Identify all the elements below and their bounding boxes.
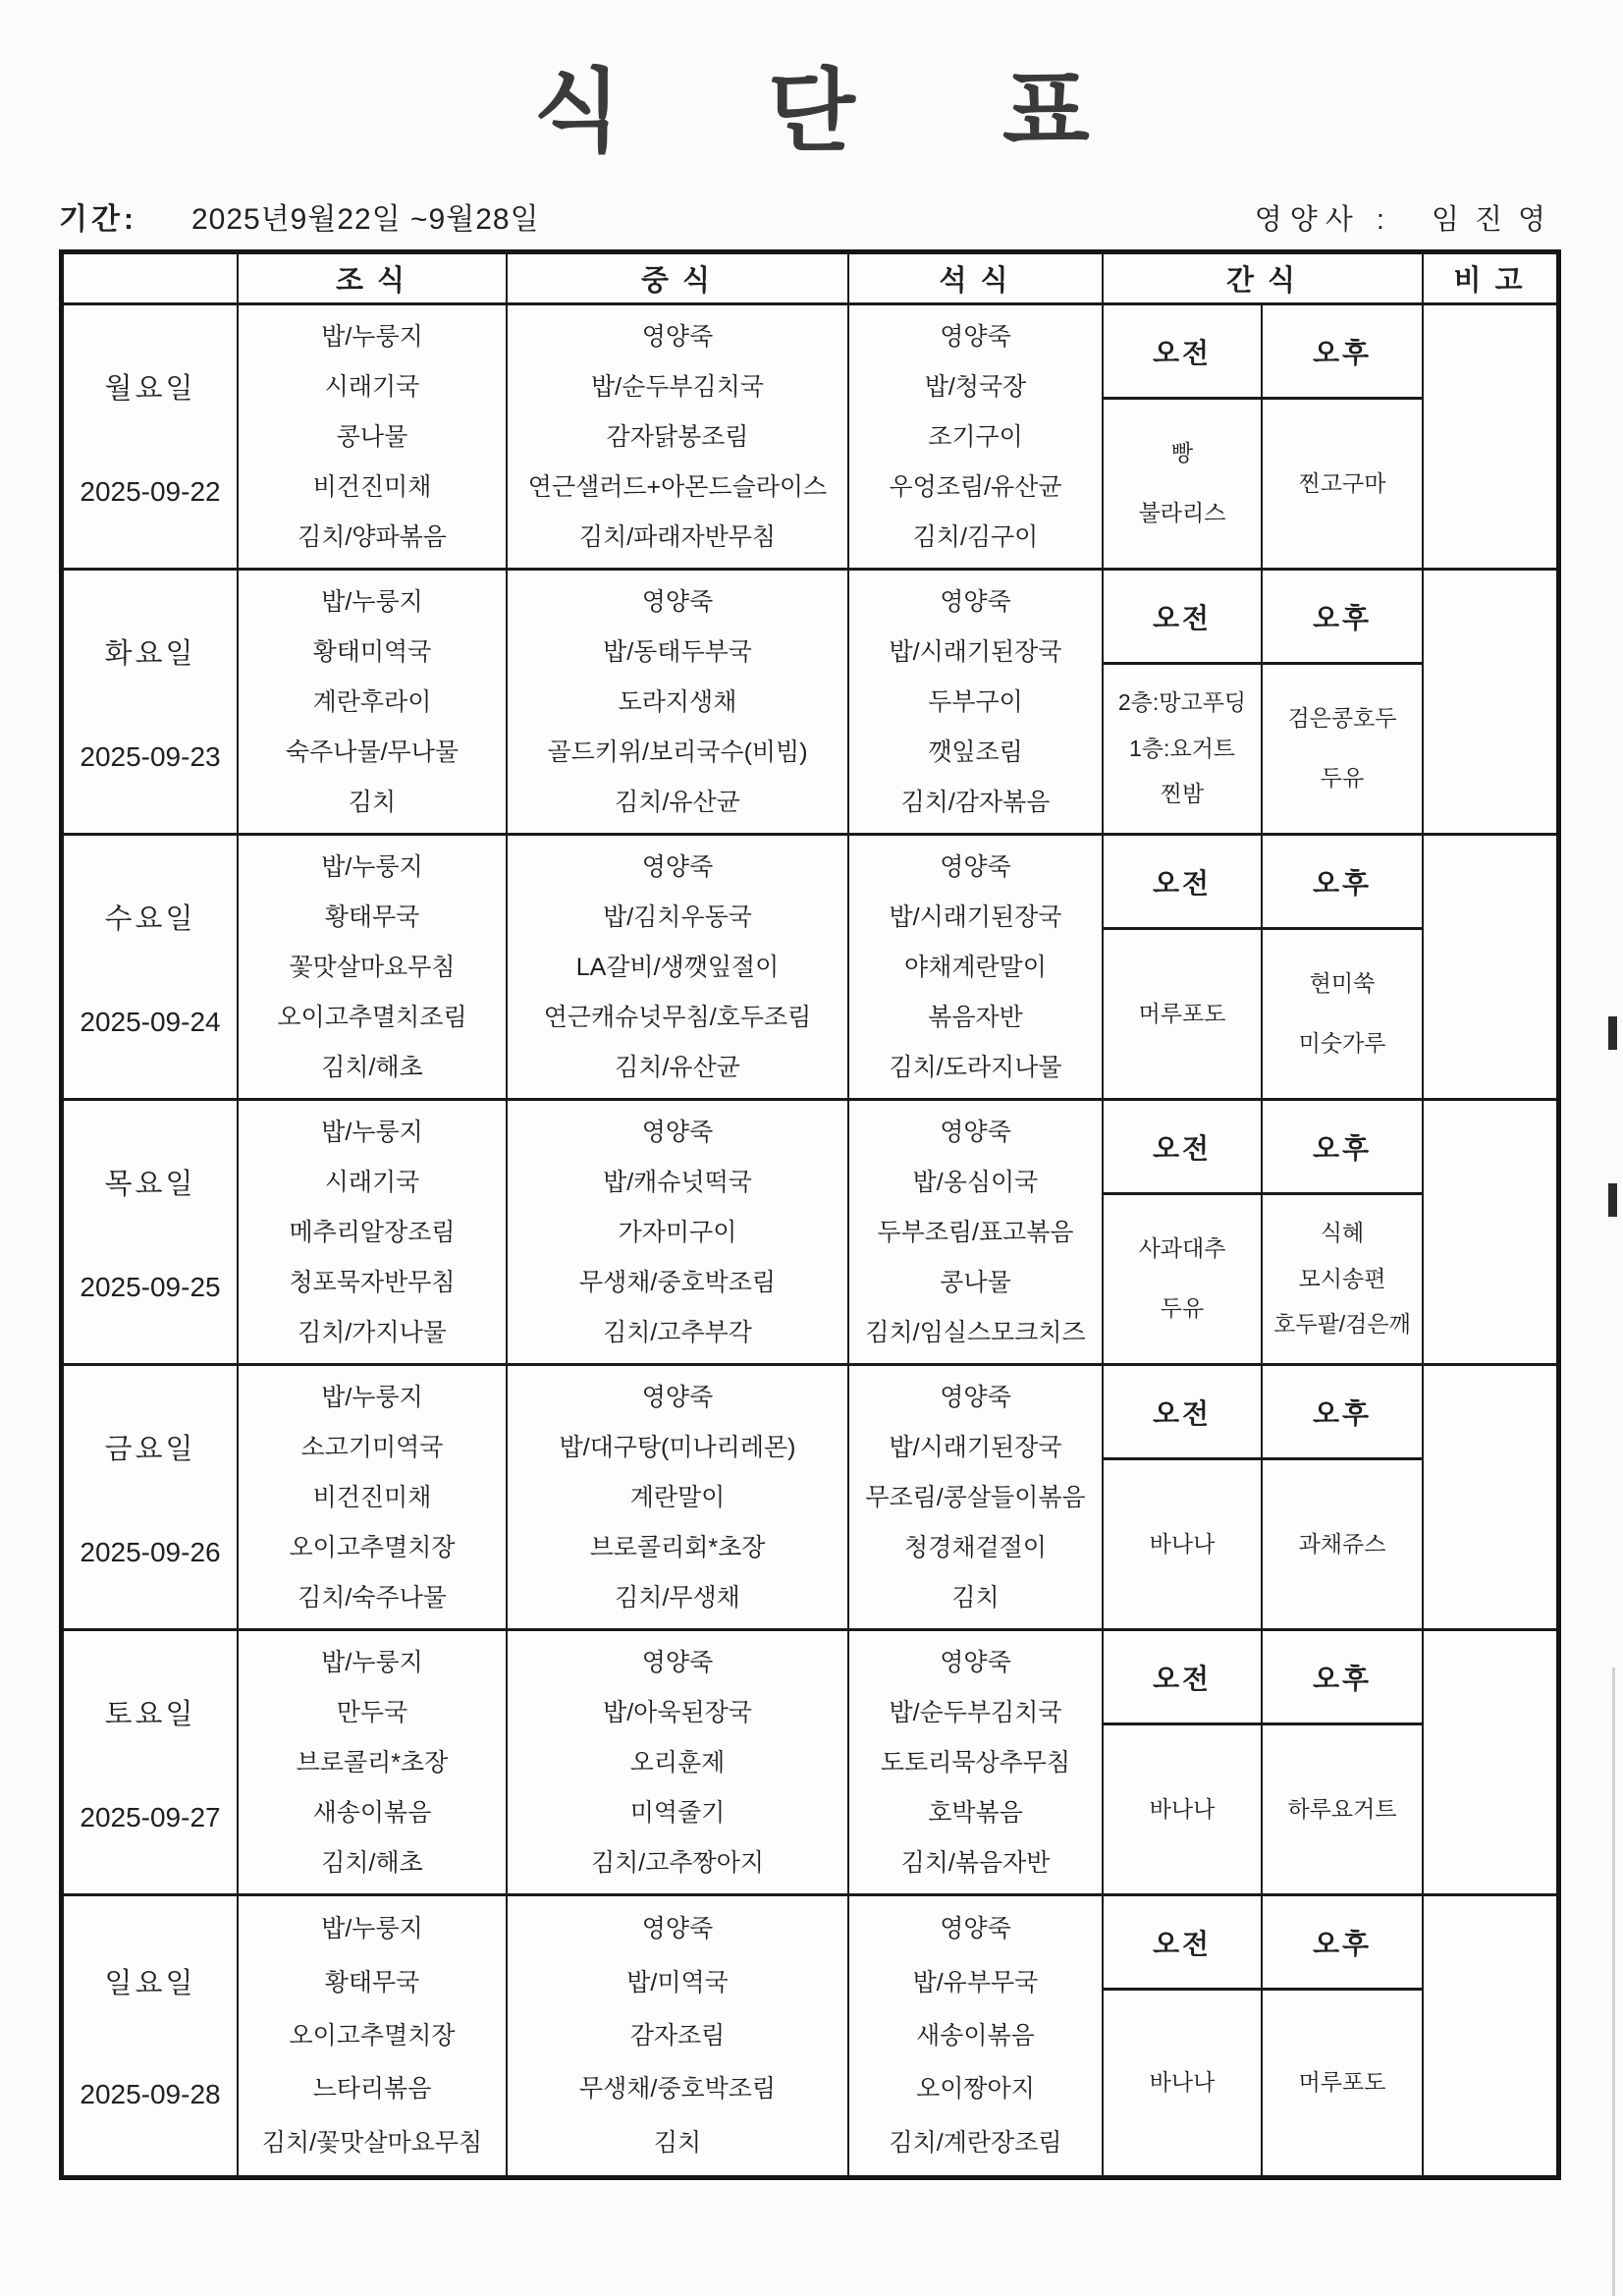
menu-line: 미숫가루 [1299, 1031, 1386, 1057]
menu-line: 검은콩호두 [1287, 706, 1396, 732]
menu-line: 바나나 [1150, 2070, 1216, 2096]
menu-line: 영양죽 [642, 588, 713, 616]
menu-line: 황태미역국 [313, 638, 432, 666]
menu-line: 밥/유부무국 [913, 1969, 1039, 1996]
remarks-cell [1424, 1631, 1556, 1896]
menu-line: 김치/고추짱아지 [591, 1849, 764, 1877]
menu-line: 밥/시래기된장국 [890, 638, 1062, 666]
snack-am-cell: 오전 바나나 [1104, 1366, 1263, 1631]
menu-line: 계란말이 [630, 1484, 726, 1511]
breakfast-cell: 밥/누룽지황태무국오이고추멸치장느타리볶음김치/꽃맛살마요무침 [239, 1896, 508, 2175]
menu-line: 바나나 [1150, 1532, 1216, 1558]
remarks-cell [1424, 836, 1556, 1101]
menu-line: 도라지생채 [619, 688, 737, 716]
snack-pm-cell: 오후 현미쑥미숫가루 [1263, 836, 1424, 1101]
breakfast-cell: 밥/누룽지황태미역국계란후라이숙주나물/무나물김치 [239, 571, 508, 836]
day-date: 2025-09-25 [80, 1272, 220, 1303]
snack-am-cell: 오전 바나나 [1104, 1896, 1263, 2175]
menu-line: 밥/누룽지 [321, 588, 423, 616]
remarks-cell [1424, 305, 1556, 571]
day-cell-friday: 금요일 2025-09-26 [64, 1366, 239, 1631]
menu-line: 1층:요거트 [1129, 737, 1235, 762]
snack-am-items: 2층:망고푸딩1층:요거트찐밤 [1104, 665, 1261, 833]
header-remarks: 비고 [1424, 254, 1556, 305]
menu-line: 빵 [1171, 441, 1193, 466]
dinner-cell: 영양죽밥/청국장조기구이우엉조림/유산균김치/김구이 [849, 305, 1104, 571]
snack-pm-items: 찐고구마 [1263, 400, 1422, 568]
menu-line: 황태무국 [325, 903, 420, 931]
day-date: 2025-09-23 [80, 741, 220, 773]
lunch-cell: 영양죽밥/김치우동국LA갈비/생깻잎절이연근캐슈넛무침/호두조림김치/유산균 [508, 836, 849, 1101]
menu-line: 청경채겉절이 [904, 1534, 1047, 1561]
menu-line: 두유 [1321, 766, 1364, 792]
snack-am-items: 바나나 [1104, 1460, 1261, 1628]
menu-line: 우엉조림/유산균 [890, 473, 1062, 501]
menu-line: 영양죽 [940, 1649, 1010, 1676]
menu-line: 밥/시래기된장국 [890, 1434, 1062, 1461]
lunch-cell: 영양죽밥/아욱된장국오리훈제미역줄기김치/고추짱아지 [508, 1631, 849, 1896]
menu-line: 식혜 [1321, 1221, 1364, 1246]
day-cell-monday: 월요일 2025-09-22 [64, 305, 239, 571]
day-name: 화요일 [104, 631, 195, 672]
snack-pm-items: 머루포도 [1263, 1991, 1422, 2175]
menu-line: 밥/누룽지 [321, 323, 423, 351]
remarks-cell [1424, 1101, 1556, 1366]
breakfast-cell: 밥/누룽지시래기국콩나물비건진미채김치/양파볶음 [239, 305, 508, 571]
menu-line: 김치/유산균 [615, 1054, 740, 1081]
menu-line: 김치 [654, 2129, 701, 2157]
day-date: 2025-09-24 [80, 1007, 220, 1038]
snack-pm-header: 오후 [1263, 1101, 1422, 1195]
lunch-cell: 영양죽밥/캐슈넛떡국가자미구이무생채/중호박조림김치/고추부각 [508, 1101, 849, 1366]
snack-pm-cell: 오후 식혜모시송편호두팥/검은깨 [1263, 1101, 1424, 1366]
menu-line: 두유 [1161, 1296, 1204, 1322]
menu-line: 김치/해초 [321, 1849, 423, 1877]
snack-am-items: 바나나 [1104, 1725, 1261, 1893]
snack-pm-items: 하루요거트 [1263, 1725, 1422, 1893]
menu-line: 김치/꽃맛살마요무침 [262, 2129, 482, 2157]
day-name: 월요일 [104, 366, 195, 407]
menu-line: 영양죽 [642, 853, 713, 881]
menu-line: 김치/해초 [321, 1054, 423, 1081]
menu-line: 밥/누룽지 [321, 1384, 423, 1411]
period-value: 2025년9월22일 ~9월28일 [191, 194, 540, 238]
menu-line: 메추리알장조림 [289, 1219, 455, 1246]
menu-line: LA갈비/생깻잎절이 [576, 954, 780, 981]
menu-line: 밥/누룽지 [321, 1649, 423, 1676]
snack-pm-items: 과채쥬스 [1263, 1460, 1422, 1628]
menu-line: 콩나물 [337, 423, 407, 451]
menu-line: 시래기국 [325, 373, 420, 401]
menu-line: 계란후라이 [313, 688, 432, 716]
snack-am-items: 머루포도 [1104, 930, 1261, 1098]
menu-line: 모시송편 [1299, 1267, 1386, 1292]
menu-line: 무생채/중호박조림 [579, 2075, 776, 2103]
day-date: 2025-09-26 [80, 1537, 220, 1568]
menu-line: 연근샐러드+아몬드슬라이스 [528, 473, 827, 501]
menu-line: 밥/시래기된장국 [890, 903, 1062, 931]
menu-line: 오이짱아지 [916, 2075, 1035, 2103]
header-day-blank [64, 254, 239, 305]
menu-line: 밥/김치우동국 [603, 903, 752, 931]
menu-line: 새송이볶음 [313, 1799, 432, 1827]
snack-am-cell: 오전 사과대추두유 [1104, 1101, 1263, 1366]
day-date: 2025-09-27 [80, 1802, 220, 1833]
menu-line: 김치/양파볶음 [298, 523, 447, 551]
snack-pm-cell: 오후 과채쥬스 [1263, 1366, 1424, 1631]
menu-line: 김치/파래자반무침 [579, 523, 776, 551]
day-name: 토요일 [104, 1692, 195, 1732]
menu-line: 감자닭봉조림 [607, 423, 749, 451]
snack-am-items: 빵불라리스 [1104, 400, 1261, 568]
header-lunch: 중식 [508, 254, 849, 305]
menu-line: 밥/청국장 [925, 373, 1027, 401]
snack-pm-header: 오후 [1263, 1631, 1422, 1725]
menu-line: 밥/미역국 [626, 1969, 729, 1996]
snack-pm-items: 현미쑥미숫가루 [1263, 930, 1422, 1098]
snack-pm-header: 오후 [1263, 571, 1422, 665]
snack-pm-items: 식혜모시송편호두팥/검은깨 [1263, 1195, 1422, 1363]
snack-pm-header: 오후 [1263, 1896, 1422, 1991]
remarks-cell [1424, 1366, 1556, 1631]
snack-pm-header: 오후 [1263, 1366, 1422, 1460]
dinner-cell: 영양죽밥/시래기된장국야채계란말이볶음자반김치/도라지나물 [849, 836, 1104, 1101]
snack-am-header: 오전 [1104, 305, 1261, 400]
day-cell-sunday: 일요일 2025-09-28 [64, 1896, 239, 2175]
snack-am-cell: 오전 2층:망고푸딩1층:요거트찐밤 [1104, 571, 1263, 836]
menu-line: 무조림/콩살들이볶음 [865, 1484, 1085, 1511]
snack-am-items: 사과대추두유 [1104, 1195, 1261, 1363]
menu-line: 김치 [951, 1584, 999, 1612]
menu-line: 김치/계란장조림 [890, 2129, 1062, 2157]
menu-line: 브로콜리*초장 [297, 1749, 449, 1777]
menu-line: 찐고구마 [1299, 471, 1386, 497]
snack-am-header: 오전 [1104, 1366, 1261, 1460]
snack-am-header: 오전 [1104, 571, 1261, 665]
snack-am-header: 오전 [1104, 1631, 1261, 1725]
snack-pm-header: 오후 [1263, 305, 1422, 400]
menu-line: 골드키위/보리국수(비빔) [547, 738, 807, 766]
snack-pm-header: 오후 [1263, 836, 1422, 930]
snack-pm-cell: 오후 하루요거트 [1263, 1631, 1424, 1896]
menu-line: 두부조림/표고볶음 [877, 1219, 1073, 1246]
page-title: 식단표 [0, 39, 1623, 169]
scan-artifact-mark [1608, 1016, 1617, 1050]
snack-pm-items: 검은콩호두두유 [1263, 665, 1422, 833]
menu-line: 영양죽 [642, 323, 713, 351]
header-breakfast: 조식 [239, 254, 508, 305]
menu-line: 황태무국 [325, 1969, 420, 1996]
menu-line: 김치/김구이 [913, 523, 1039, 551]
snack-am-header: 오전 [1104, 836, 1261, 930]
menu-line: 오이고추멸치장 [289, 2022, 455, 2050]
menu-line: 머루포도 [1139, 1002, 1226, 1027]
dietitian-label: 영양사 : [1255, 197, 1392, 238]
menu-line: 영양죽 [940, 588, 1010, 616]
menu-line: 청포묵자반무침 [289, 1269, 455, 1296]
menu-line: 오이고추멸치조림 [277, 1004, 466, 1031]
menu-line: 영양죽 [940, 853, 1010, 881]
menu-line: 영양죽 [940, 323, 1010, 351]
menu-line: 도토리묵상추무침 [881, 1749, 1070, 1777]
menu-line: 하루요거트 [1287, 1797, 1396, 1823]
snack-am-header: 오전 [1104, 1101, 1261, 1195]
menu-line: 꽃맛살마요무침 [289, 954, 455, 981]
header-dinner: 석식 [849, 254, 1104, 305]
menu-line: 김치/가지나물 [298, 1319, 447, 1346]
snack-am-header: 오전 [1104, 1896, 1261, 1991]
menu-line: 머루포도 [1299, 2070, 1386, 2096]
scan-artifact-mark [1608, 1183, 1617, 1217]
menu-line: 밥/대구탕(미나리레몬) [560, 1434, 796, 1461]
menu-line: 콩나물 [940, 1269, 1010, 1296]
menu-line: 밥/옹심이국 [913, 1169, 1039, 1196]
menu-line: 불라리스 [1139, 501, 1226, 526]
menu-line: 김치 [349, 789, 396, 816]
menu-line: 밥/캐슈넛떡국 [603, 1169, 752, 1196]
dinner-cell: 영양죽밥/옹심이국두부조림/표고볶음콩나물김치/임실스모크치즈 [849, 1101, 1104, 1366]
menu-line: 오리훈제 [630, 1749, 726, 1777]
menu-line: 김치/볶음자반 [901, 1849, 1051, 1877]
menu-line: 김치/임실스모크치즈 [865, 1319, 1085, 1346]
menu-line: 밥/누룽지 [321, 1915, 423, 1942]
snack-pm-cell: 오후 찐고구마 [1263, 305, 1424, 571]
day-cell-saturday: 토요일 2025-09-27 [64, 1631, 239, 1896]
menu-line: 밥/누룽지 [321, 1119, 423, 1146]
menu-line: 찐밤 [1161, 782, 1204, 807]
day-cell-tuesday: 화요일 2025-09-23 [64, 571, 239, 836]
menu-line: 현미쑥 [1310, 971, 1376, 997]
menu-line: 김치/무생채 [615, 1584, 740, 1612]
day-cell-wednesday: 수요일 2025-09-24 [64, 836, 239, 1101]
menu-line: 영양죽 [940, 1119, 1010, 1146]
menu-line: 느타리볶음 [313, 2075, 432, 2103]
menu-line: 김치/유산균 [615, 789, 740, 816]
menu-line: 영양죽 [642, 1649, 713, 1676]
header-snack: 간식 [1104, 254, 1424, 305]
dinner-cell: 영양죽밥/시래기된장국무조림/콩살들이볶음청경채겉절이김치 [849, 1366, 1104, 1631]
breakfast-cell: 밥/누룽지소고기미역국비건진미채오이고추멸치장김치/숙주나물 [239, 1366, 508, 1631]
menu-line: 두부구이 [928, 688, 1023, 716]
period: 기간: 2025년9월22일 ~9월28일 [59, 194, 540, 238]
scan-artifact-line [1612, 1667, 1615, 2296]
day-date: 2025-09-22 [80, 476, 220, 508]
menu-line: 밥/누룽지 [321, 853, 423, 881]
menu-line: 밥/순두부김치국 [890, 1699, 1062, 1726]
menu-line: 미역줄기 [630, 1799, 726, 1827]
snack-am-items: 바나나 [1104, 1991, 1261, 2175]
snack-am-cell: 오전 빵불라리스 [1104, 305, 1263, 571]
lunch-cell: 영양죽밥/대구탕(미나리레몬)계란말이브로콜리회*초장김치/무생채 [508, 1366, 849, 1631]
day-cell-thursday: 목요일 2025-09-25 [64, 1101, 239, 1366]
menu-line: 영양죽 [642, 1384, 713, 1411]
menu-line: 영양죽 [940, 1384, 1010, 1411]
menu-line: 브로콜리회*초장 [590, 1534, 766, 1561]
menu-line: 과채쥬스 [1299, 1532, 1386, 1558]
dietitian: 영양사 : 임진영 [1255, 197, 1561, 238]
snack-pm-cell: 오후 검은콩호두두유 [1263, 571, 1424, 836]
menu-line: 2층:망고푸딩 [1118, 690, 1246, 716]
breakfast-cell: 밥/누룽지만두국브로콜리*초장새송이볶음김치/해초 [239, 1631, 508, 1896]
menu-line: 영양죽 [940, 1915, 1010, 1942]
menu-line: 조기구이 [928, 423, 1023, 451]
dinner-cell: 영양죽밥/순두부김치국도토리묵상추무침호박볶음김치/볶음자반 [849, 1631, 1104, 1896]
menu-line: 야채계란말이 [904, 954, 1047, 981]
lunch-cell: 영양죽밥/동태두부국도라지생채골드키위/보리국수(비빔)김치/유산균 [508, 571, 849, 836]
menu-line: 바나나 [1150, 1797, 1216, 1823]
lunch-cell: 영양죽밥/순두부김치국감자닭봉조림연근샐러드+아몬드슬라이스김치/파래자반무침 [508, 305, 849, 571]
remarks-cell [1424, 571, 1556, 836]
menu-line: 호박볶음 [928, 1799, 1023, 1827]
menu-line: 밥/순두부김치국 [591, 373, 764, 401]
menu-table: 조식 중식 석식 간식 비고 월요일 2025-09-22 밥/누룽지시래기국콩… [59, 249, 1561, 2180]
breakfast-cell: 밥/누룽지황태무국꽃맛살마요무침오이고추멸치조림김치/해초 [239, 836, 508, 1101]
period-label: 기간: [59, 194, 137, 238]
menu-line: 비건진미채 [313, 1484, 432, 1511]
menu-line: 김치/고추부각 [603, 1319, 752, 1346]
dinner-cell: 영양죽밥/유부무국새송이볶음오이짱아지김치/계란장조림 [849, 1896, 1104, 2175]
menu-line: 숙주나물/무나물 [286, 738, 459, 766]
day-name: 수요일 [104, 897, 195, 937]
dinner-cell: 영양죽밥/시래기된장국두부구이깻잎조림김치/감자볶음 [849, 571, 1104, 836]
menu-line: 사과대추 [1139, 1236, 1226, 1262]
day-name: 목요일 [104, 1162, 195, 1202]
info-row: 기간: 2025년9월22일 ~9월28일 영양사 : 임진영 [59, 194, 1561, 238]
menu-line: 김치/숙주나물 [298, 1584, 447, 1612]
dietitian-name: 임진영 [1432, 197, 1561, 238]
menu-line: 밥/아욱된장국 [603, 1699, 752, 1726]
menu-line: 무생채/중호박조림 [579, 1269, 776, 1296]
menu-line: 소고기미역국 [301, 1434, 444, 1461]
snack-pm-cell: 오후 머루포도 [1263, 1896, 1424, 2175]
menu-line: 김치/도라지나물 [890, 1054, 1062, 1081]
menu-line: 비건진미채 [313, 473, 432, 501]
menu-line: 만두국 [337, 1699, 407, 1726]
menu-line: 새송이볶음 [916, 2022, 1035, 2050]
menu-line: 밥/동태두부국 [603, 638, 752, 666]
menu-line: 김치/감자볶음 [901, 789, 1051, 816]
lunch-cell: 영양죽밥/미역국감자조림무생채/중호박조림김치 [508, 1896, 849, 2175]
day-name: 금요일 [104, 1427, 195, 1467]
menu-line: 깻잎조림 [928, 738, 1023, 766]
remarks-cell [1424, 1896, 1556, 2175]
day-name: 일요일 [104, 1961, 195, 2001]
menu-line: 호두팥/검은깨 [1273, 1312, 1411, 1338]
menu-line: 연근캐슈넛무침/호두조림 [544, 1004, 812, 1031]
menu-line: 볶음자반 [928, 1004, 1023, 1031]
menu-line: 감자조림 [630, 2022, 726, 2050]
menu-line: 가자미구이 [619, 1219, 737, 1246]
breakfast-cell: 밥/누룽지시래기국메추리알장조림청포묵자반무침김치/가지나물 [239, 1101, 508, 1366]
menu-line: 시래기국 [325, 1169, 420, 1196]
menu-line: 영양죽 [642, 1915, 713, 1942]
snack-am-cell: 오전 바나나 [1104, 1631, 1263, 1896]
day-date: 2025-09-28 [80, 2079, 220, 2110]
menu-line: 오이고추멸치장 [289, 1534, 455, 1561]
snack-am-cell: 오전 머루포도 [1104, 836, 1263, 1101]
menu-line: 영양죽 [642, 1119, 713, 1146]
